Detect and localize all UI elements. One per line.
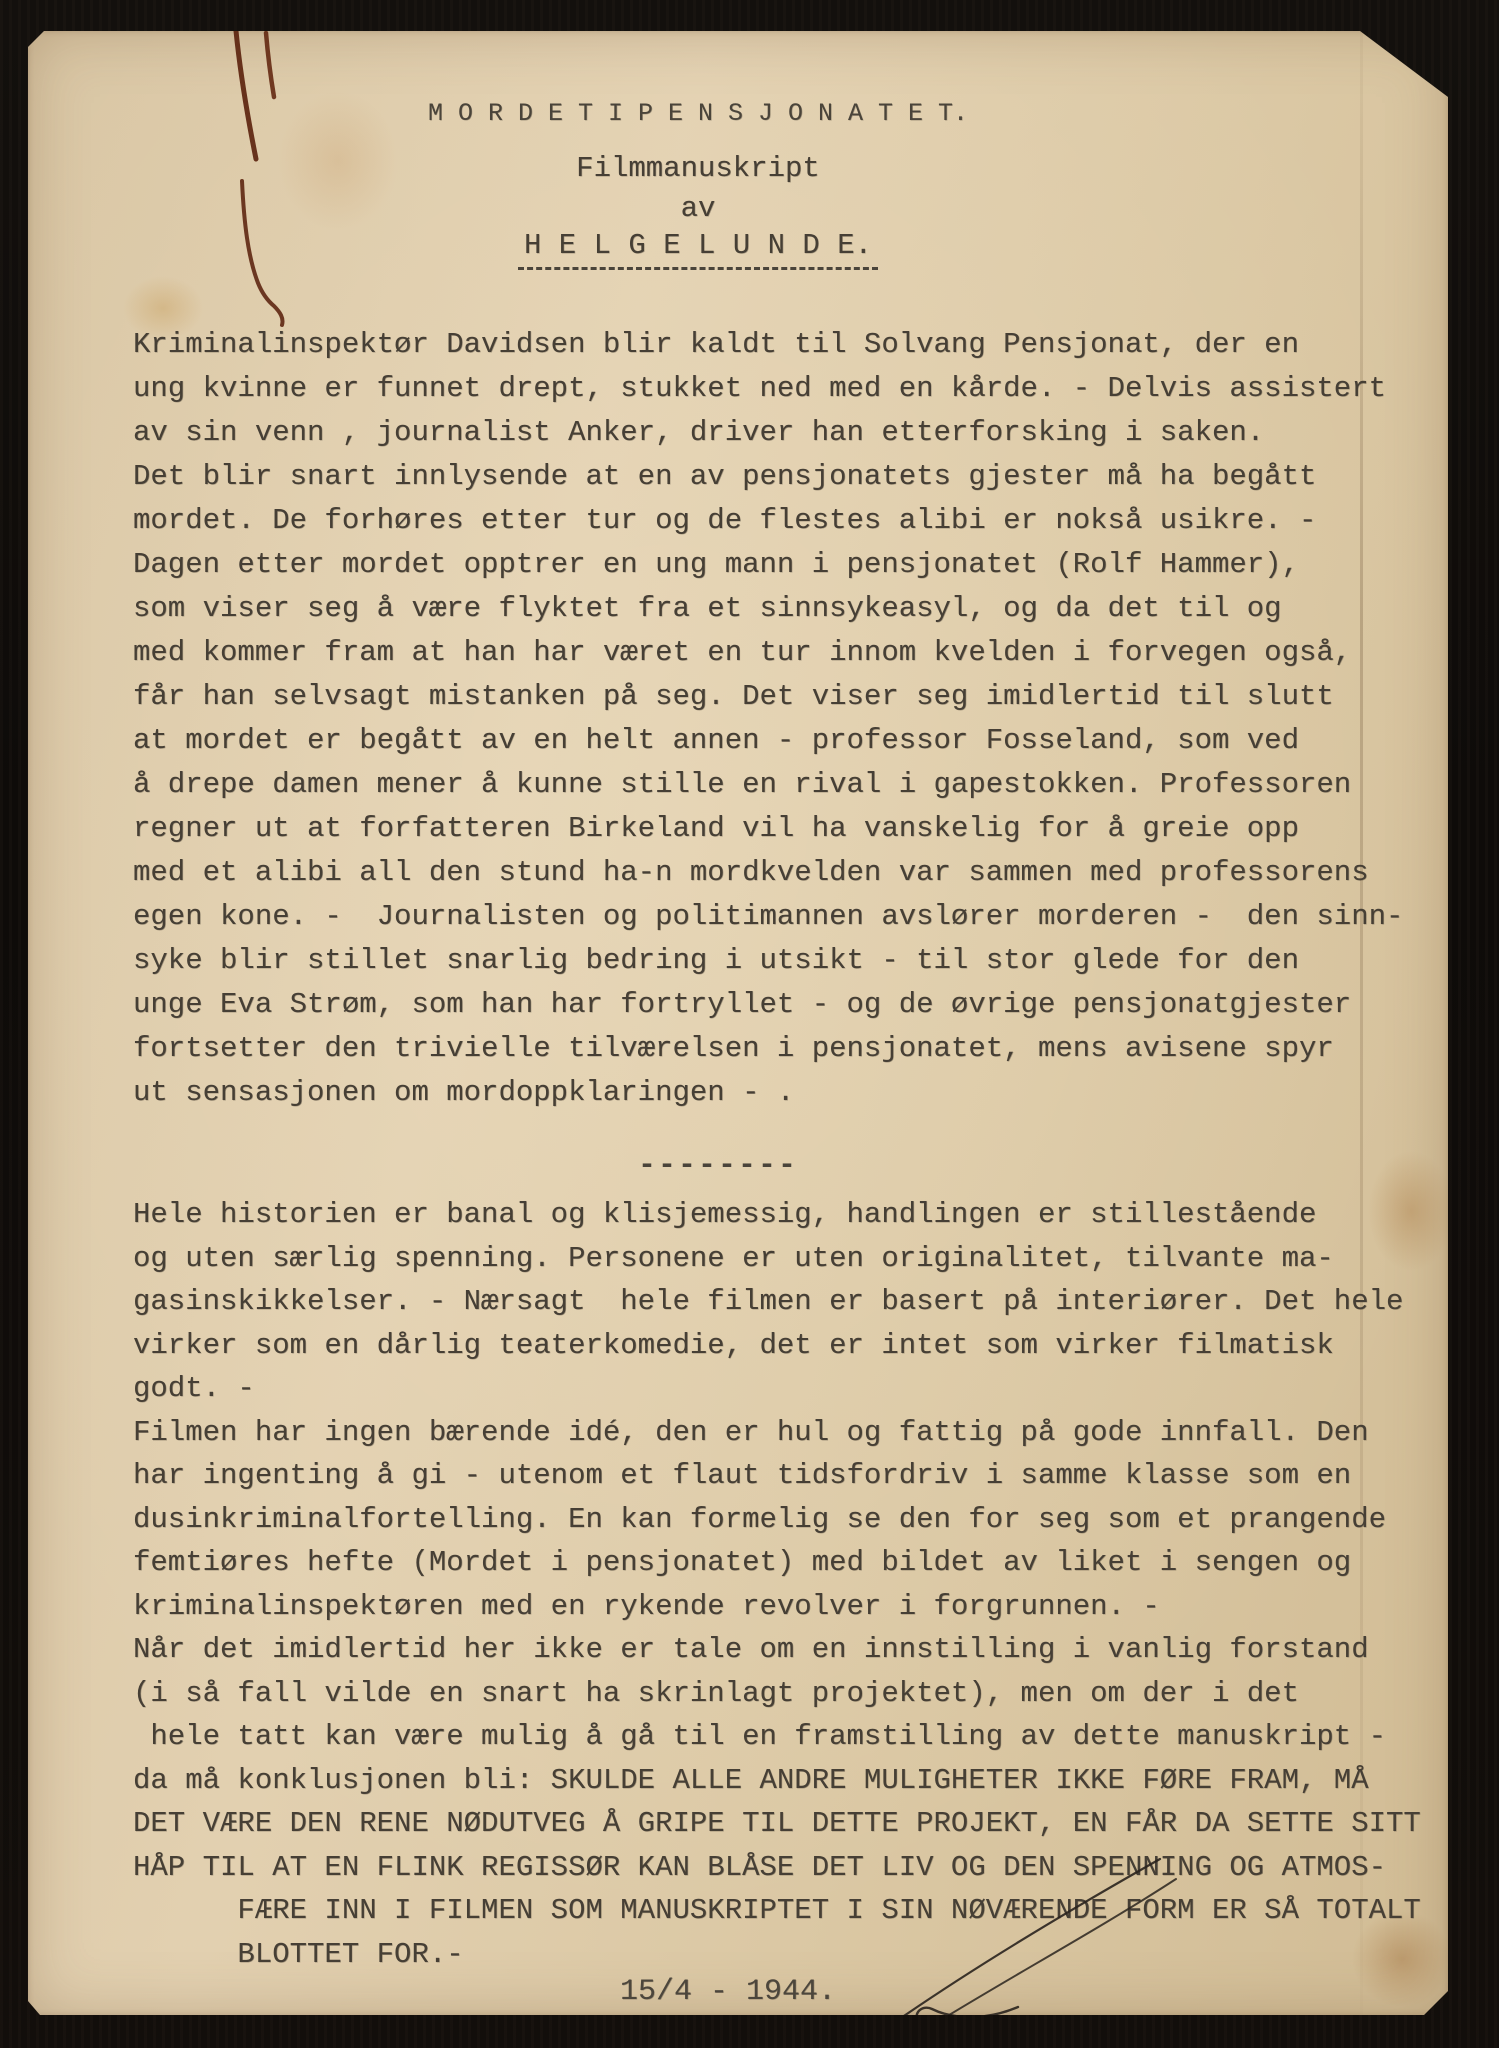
text-line: ut sensasjonen om mordoppklaringen - .	[133, 1071, 1403, 1115]
document-date: 15/4 - 1944.	[620, 1975, 836, 2009]
document-heading: M O R D E T I P E N S J O N A T E T. Fil…	[28, 31, 1368, 270]
text-line: unge Eva Strøm, som han har fortryllet -…	[133, 983, 1403, 1027]
text-line: ung kvinne er funnet drept, stukket ned …	[133, 367, 1403, 411]
text-line: godt. -	[133, 1367, 1421, 1411]
section-divider: --------	[28, 1149, 1408, 1183]
scan-background: M O R D E T I P E N S J O N A T E T. Fil…	[0, 0, 1499, 2048]
text-line: regner ut at forfatteren Birkeland vil h…	[133, 807, 1403, 851]
document-subtitle: Filmmanuskript	[28, 152, 1368, 185]
synopsis-paragraph: Kriminalinspektør Davidsen blir kaldt ti…	[133, 323, 1403, 1115]
text-line: hele tatt kan være mulig å gå til en fra…	[133, 1715, 1421, 1759]
text-line: fortsetter den trivielle tilværelsen i p…	[133, 1027, 1403, 1071]
text-line: Når det imidlertid her ikke er tale om e…	[133, 1628, 1421, 1672]
text-line: femtiøres hefte (Mordet i pensjonatet) m…	[133, 1541, 1421, 1585]
text-line: Det blir snart innlysende at en av pensj…	[133, 455, 1403, 499]
text-line: får han selvsagt mistanken på seg. Det v…	[133, 675, 1403, 719]
author-name: H E L G E L U N D E.	[518, 229, 878, 270]
text-line: gasinskikkelser. - Nærsagt hele filmen e…	[133, 1280, 1421, 1324]
text-line: Kriminalinspektør Davidsen blir kaldt ti…	[133, 323, 1403, 367]
text-line: virker som en dårlig teaterkomedie, det …	[133, 1324, 1421, 1368]
author-block: H E L G E L U N D E.	[28, 229, 1368, 270]
text-line: Dagen etter mordet opptrer en ung mann i…	[133, 543, 1403, 587]
text-line: mordet. De forhøres etter tur og de fles…	[133, 499, 1403, 543]
document-title: M O R D E T I P E N S J O N A T E T.	[28, 99, 1368, 128]
text-line: Hele historien er banal og klisjemessig,…	[133, 1193, 1421, 1237]
text-line: egen kone. - Journalisten og politimanne…	[133, 895, 1403, 939]
text-line: og uten særlig spenning. Personene er ut…	[133, 1237, 1421, 1281]
byline: av	[28, 192, 1368, 225]
text-line: som viser seg å være flyktet fra et sinn…	[133, 587, 1403, 631]
text-line: kriminalinspektøren med en rykende revol…	[133, 1585, 1421, 1629]
text-line: at mordet er begått av en helt annen - p…	[133, 719, 1403, 763]
text-line: har ingenting å gi - utenom et flaut tid…	[133, 1454, 1421, 1498]
text-line: av sin venn , journalist Anker, driver h…	[133, 411, 1403, 455]
text-line: dusinkriminalfortelling. En kan formelig…	[133, 1498, 1421, 1542]
signature-mark	[828, 1819, 1228, 2048]
text-line: syke blir stillet snarlig bedring i utsi…	[133, 939, 1403, 983]
text-line: med kommer fram at han har været en tur …	[133, 631, 1403, 675]
text-line: å drepe damen mener å kunne stille en ri…	[133, 763, 1403, 807]
text-line: med et alibi all den stund ha-n mordkvel…	[133, 851, 1403, 895]
document-page: M O R D E T I P E N S J O N A T E T. Fil…	[28, 31, 1448, 2015]
text-line: (i så fall vilde en snart ha skrinlagt p…	[133, 1672, 1421, 1716]
text-line: Filmen har ingen bærende idé, den er hul…	[133, 1411, 1421, 1455]
text-line: da må konklusjonen bli: SKULDE ALLE ANDR…	[133, 1759, 1421, 1803]
